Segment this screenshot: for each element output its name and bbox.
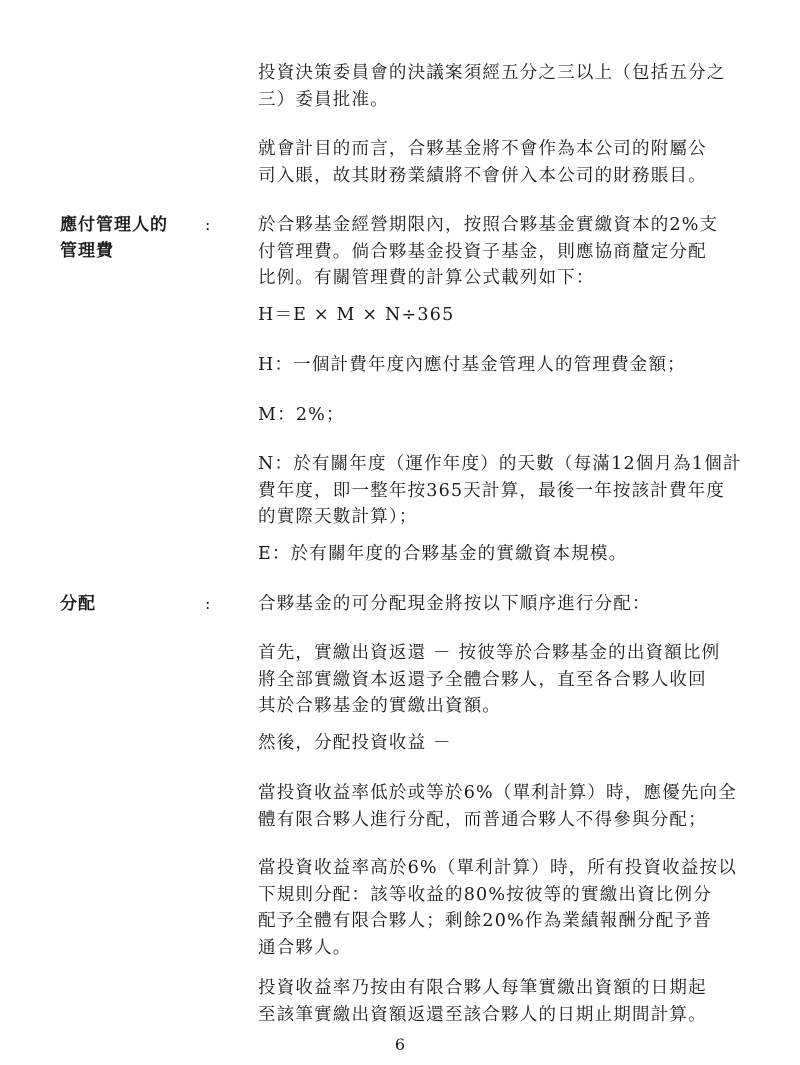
fee-formula: H＝E × M × N÷365 [258,302,748,329]
paragraph-fee-basis: 於合夥基金經營期限內，按照合夥基金實繳資本的2%支 付管理費。倘合夥基金投資子基… [258,212,748,292]
page-number: 6 [0,1035,800,1054]
label-colon: : [205,212,210,238]
formula-definition-n: N：於有關年度（運作年度）的天數（每滿12個月為1個計 費年度，即一整年按365… [258,451,748,531]
paragraph-accounting-treatment: 就會計目的而言，合夥基金將不會作為本公司的附屬公 司入賬，故其財務業績將不會併入… [258,136,748,189]
paragraph-committee-approval: 投資決策委員會的決議案須經五分之三以上（包括五分之 三）委員批准。 [258,60,748,113]
paragraph-investment-income: 然後，分配投資收益 － [258,730,748,757]
label-colon: : [205,591,210,617]
section-label-management-fee: 應付管理人的 管理費 [60,212,168,264]
section-label-distribution: 分配 [60,591,96,617]
formula-definition-h: H：一個計費年度內應付基金管理人的管理費金額； [258,352,748,379]
paragraph-return-calculation: 投資收益率乃按由有限合夥人每筆實繳出資額的日期起 至該筆實繳出資額返還至該合夥人… [258,975,748,1028]
paragraph-distribution-order: 合夥基金的可分配現金將按以下順序進行分配： [258,591,748,618]
formula-definition-e: E：於有關年度的合夥基金的實繳資本規模。 [258,541,748,568]
paragraph-return-above-threshold: 當投資收益率高於6%（單利計算）時，所有投資收益按以 下規則分配：該等收益的80… [258,855,748,961]
paragraph-return-below-threshold: 當投資收益率低於或等於6%（單利計算）時，應優先向全 體有限合夥人進行分配，而普… [258,780,748,833]
paragraph-capital-return: 首先，實繳出資返還 － 按彼等於合夥基金的出資額比例 將全部實繳資本返還予全體合… [258,640,748,720]
document-page: 投資決策委員會的決議案須經五分之三以上（包括五分之 三）委員批准。 就會計目的而… [0,0,800,1065]
formula-definition-m: M：2%； [258,402,748,429]
